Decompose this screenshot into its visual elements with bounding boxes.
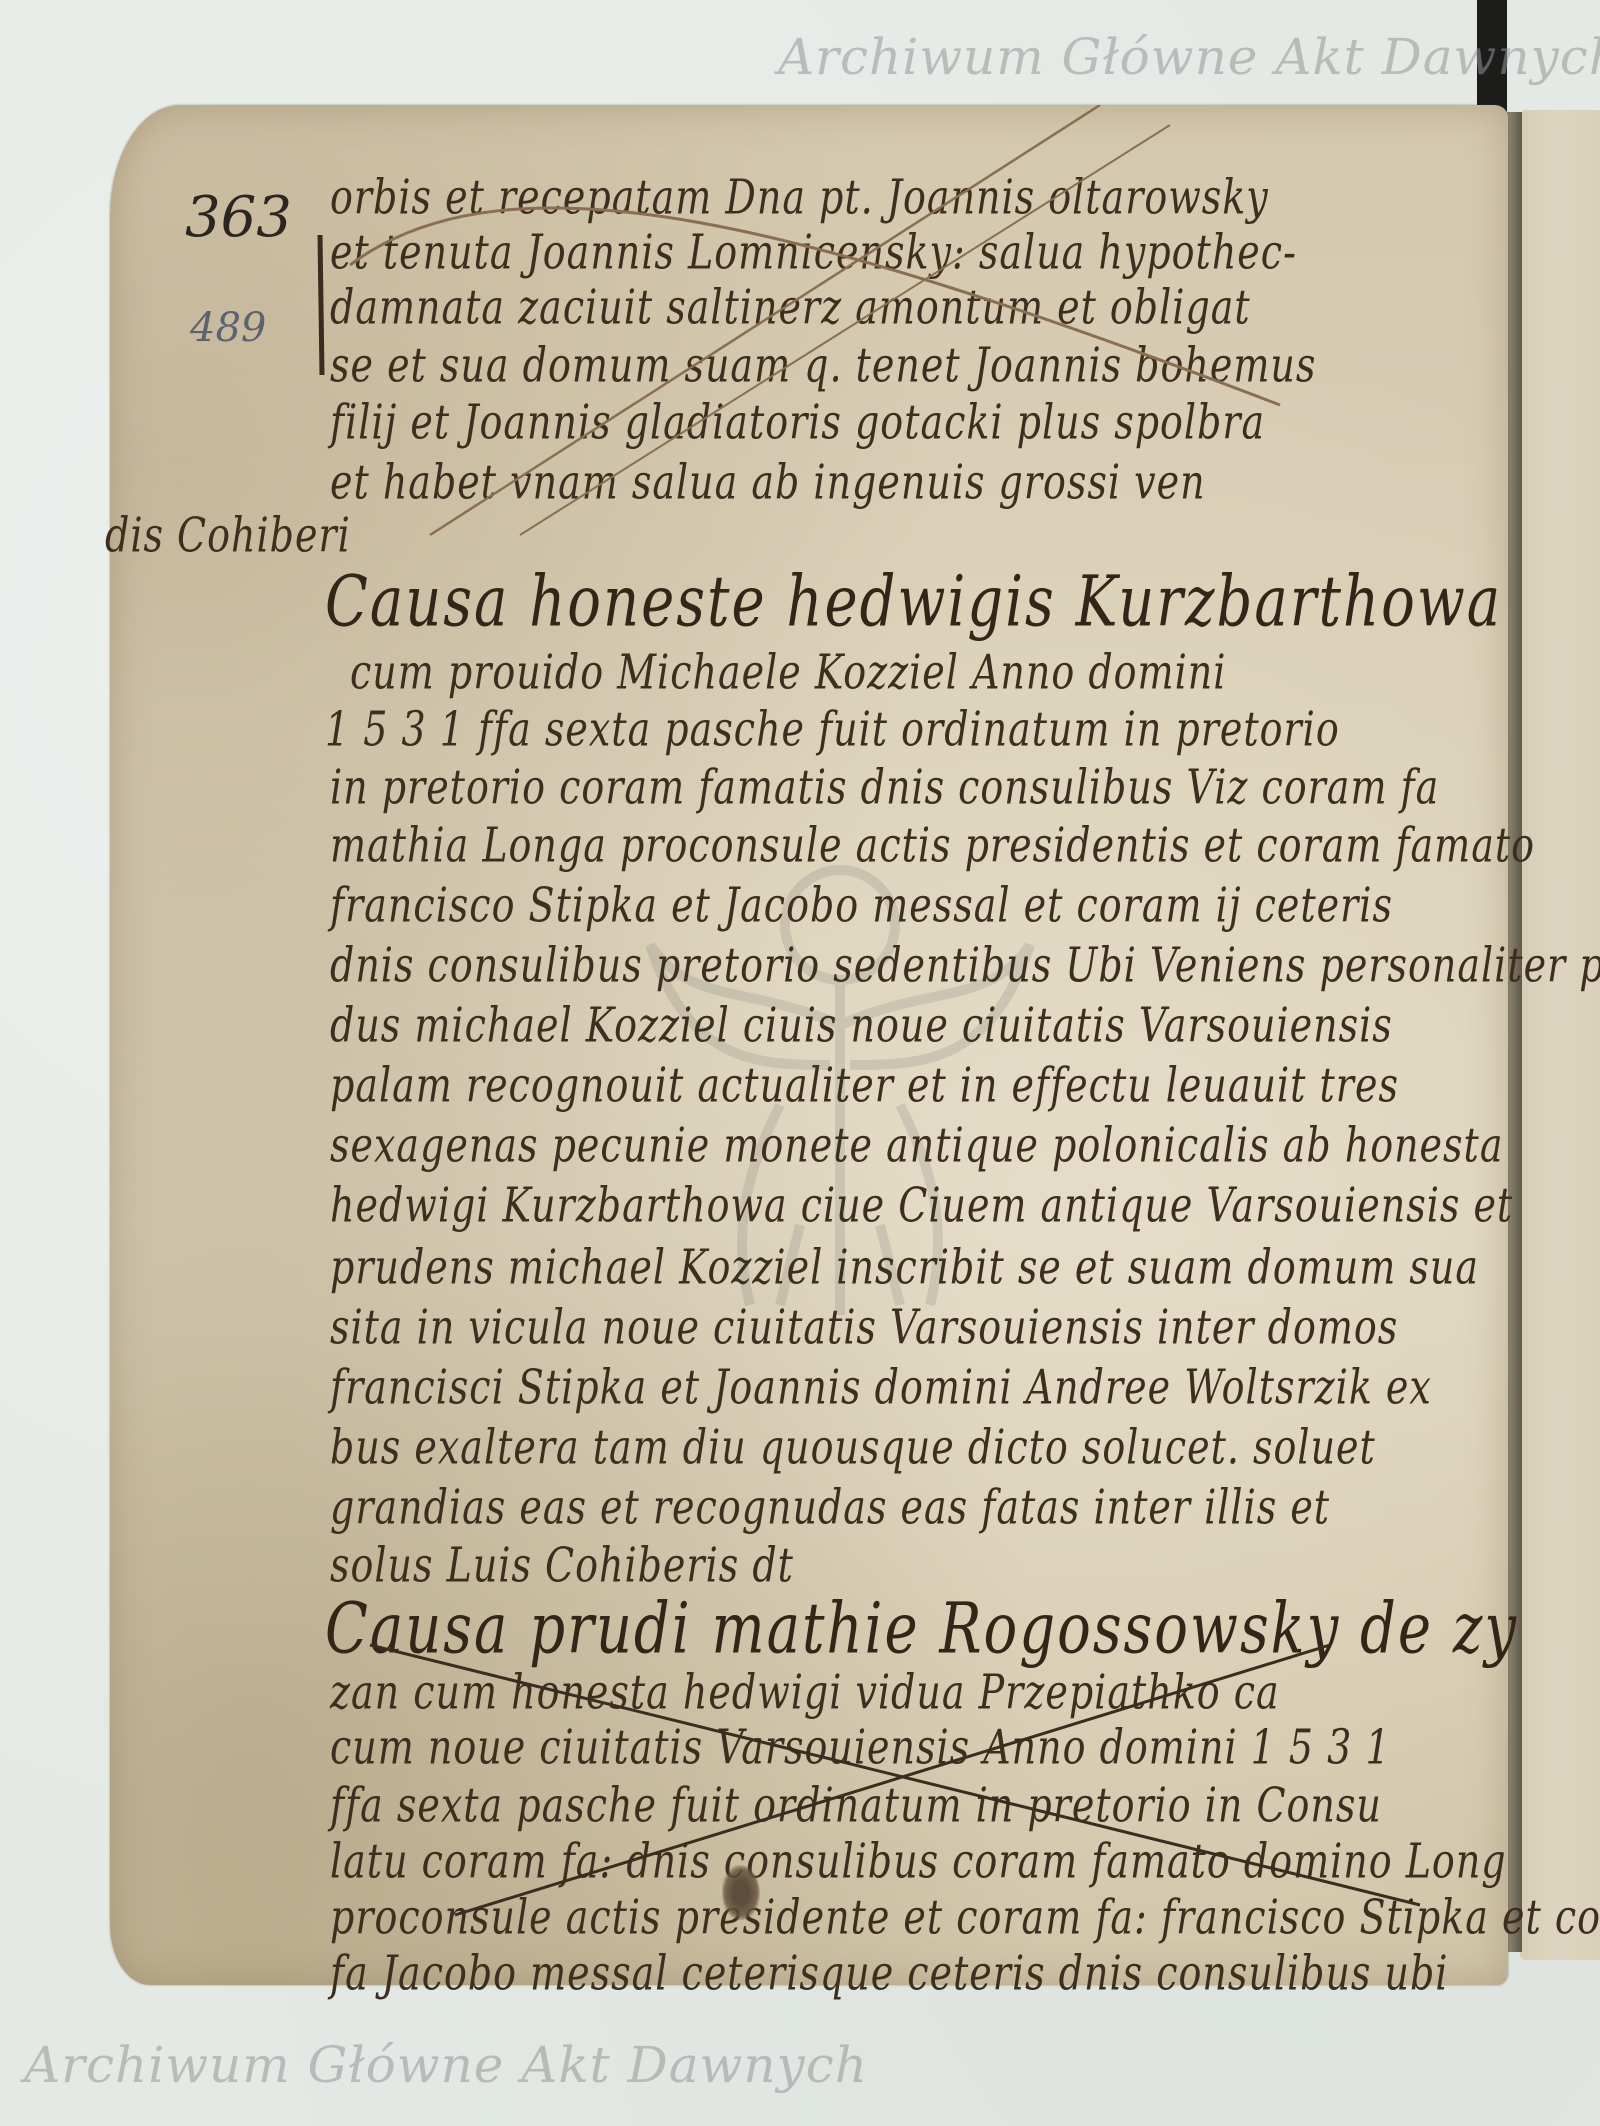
- text-line: 1 5 3 1 ffa sexta pasche fuit ordinatum …: [325, 702, 1448, 757]
- text-line: filij et Joannis gladiatoris gotacki plu…: [330, 395, 1448, 450]
- section-heading: Causa prudi mathie Rogossowsky de zy: [325, 1589, 1448, 1670]
- text-line: dus michael Kozziel ciuis noue ciuitatis…: [330, 998, 1448, 1053]
- text-line: hedwigi Kurzbarthowa ciue Ciuem antique …: [330, 1178, 1448, 1233]
- text-line: sita in vicula noue ciuitatis Varsouiens…: [330, 1300, 1448, 1355]
- facing-page-edge: [1520, 110, 1600, 1960]
- manuscript-page: 363 489 orbis et recepatam Dna pt. Joann…: [110, 105, 1508, 1985]
- text-line: se et sua domum suam q. tenet Joannis bo…: [330, 338, 1448, 393]
- ink-blot: [722, 1865, 760, 1920]
- text-line: ffa sexta pasche fuit ordinatum in preto…: [330, 1778, 1448, 1833]
- folio-number-ink: 363: [185, 185, 292, 250]
- text-line: in pretorio coram famatis dnis consulibu…: [330, 760, 1448, 815]
- text-line: latu coram fa: dnis consulibus coram fam…: [330, 1834, 1448, 1889]
- text-line: cum prouido Michaele Kozziel Anno domini: [350, 645, 1448, 700]
- text-line: et tenuta Joannis Lomnicensky: salua hyp…: [330, 225, 1448, 280]
- binding-strip: [1477, 0, 1507, 115]
- text-line: zan cum honesta hedwigi vidua Przepiathk…: [330, 1665, 1448, 1720]
- text-line: grandias eas et recognudas eas fatas int…: [330, 1480, 1448, 1535]
- text-line: dnis consulibus pretorio sedentibus Ubi …: [330, 938, 1448, 993]
- text-line: damnata zaciuit saltinerz amontum et obl…: [330, 280, 1448, 335]
- text-line: orbis et recepatam Dna pt. Joannis oltar…: [330, 170, 1448, 225]
- text-line: solus Luis Cohiberis dt: [330, 1538, 1448, 1593]
- folio-number-pencil: 489: [190, 305, 266, 351]
- text-line: cum noue ciuitatis Varsouiensis Anno dom…: [330, 1720, 1448, 1775]
- text-line: mathia Longa proconsule actis presidenti…: [330, 818, 1448, 873]
- text-line: francisco Stipka et Jacobo messal et cor…: [330, 878, 1448, 933]
- section-heading: Causa honeste hedwigis Kurzbarthowa: [325, 562, 1448, 643]
- text-line: dis Cohiberi: [105, 508, 1448, 563]
- text-line: prudens michael Kozziel inscribit se et …: [330, 1240, 1448, 1295]
- text-line: sexagenas pecunie monete antique polonic…: [330, 1118, 1448, 1173]
- text-line: et habet vnam salua ab ingenuis grossi v…: [330, 455, 1448, 510]
- text-line: francisci Stipka et Joannis domini Andre…: [330, 1360, 1448, 1415]
- text-line: fa Jacobo messal ceterisque ceteris dnis…: [330, 1946, 1448, 2001]
- text-line: palam recognouit actualiter et in effect…: [330, 1058, 1448, 1113]
- text-line: proconsule actis presidente et coram fa:…: [330, 1890, 1448, 1945]
- text-line: bus exaltera tam diu quousque dicto solu…: [330, 1420, 1448, 1475]
